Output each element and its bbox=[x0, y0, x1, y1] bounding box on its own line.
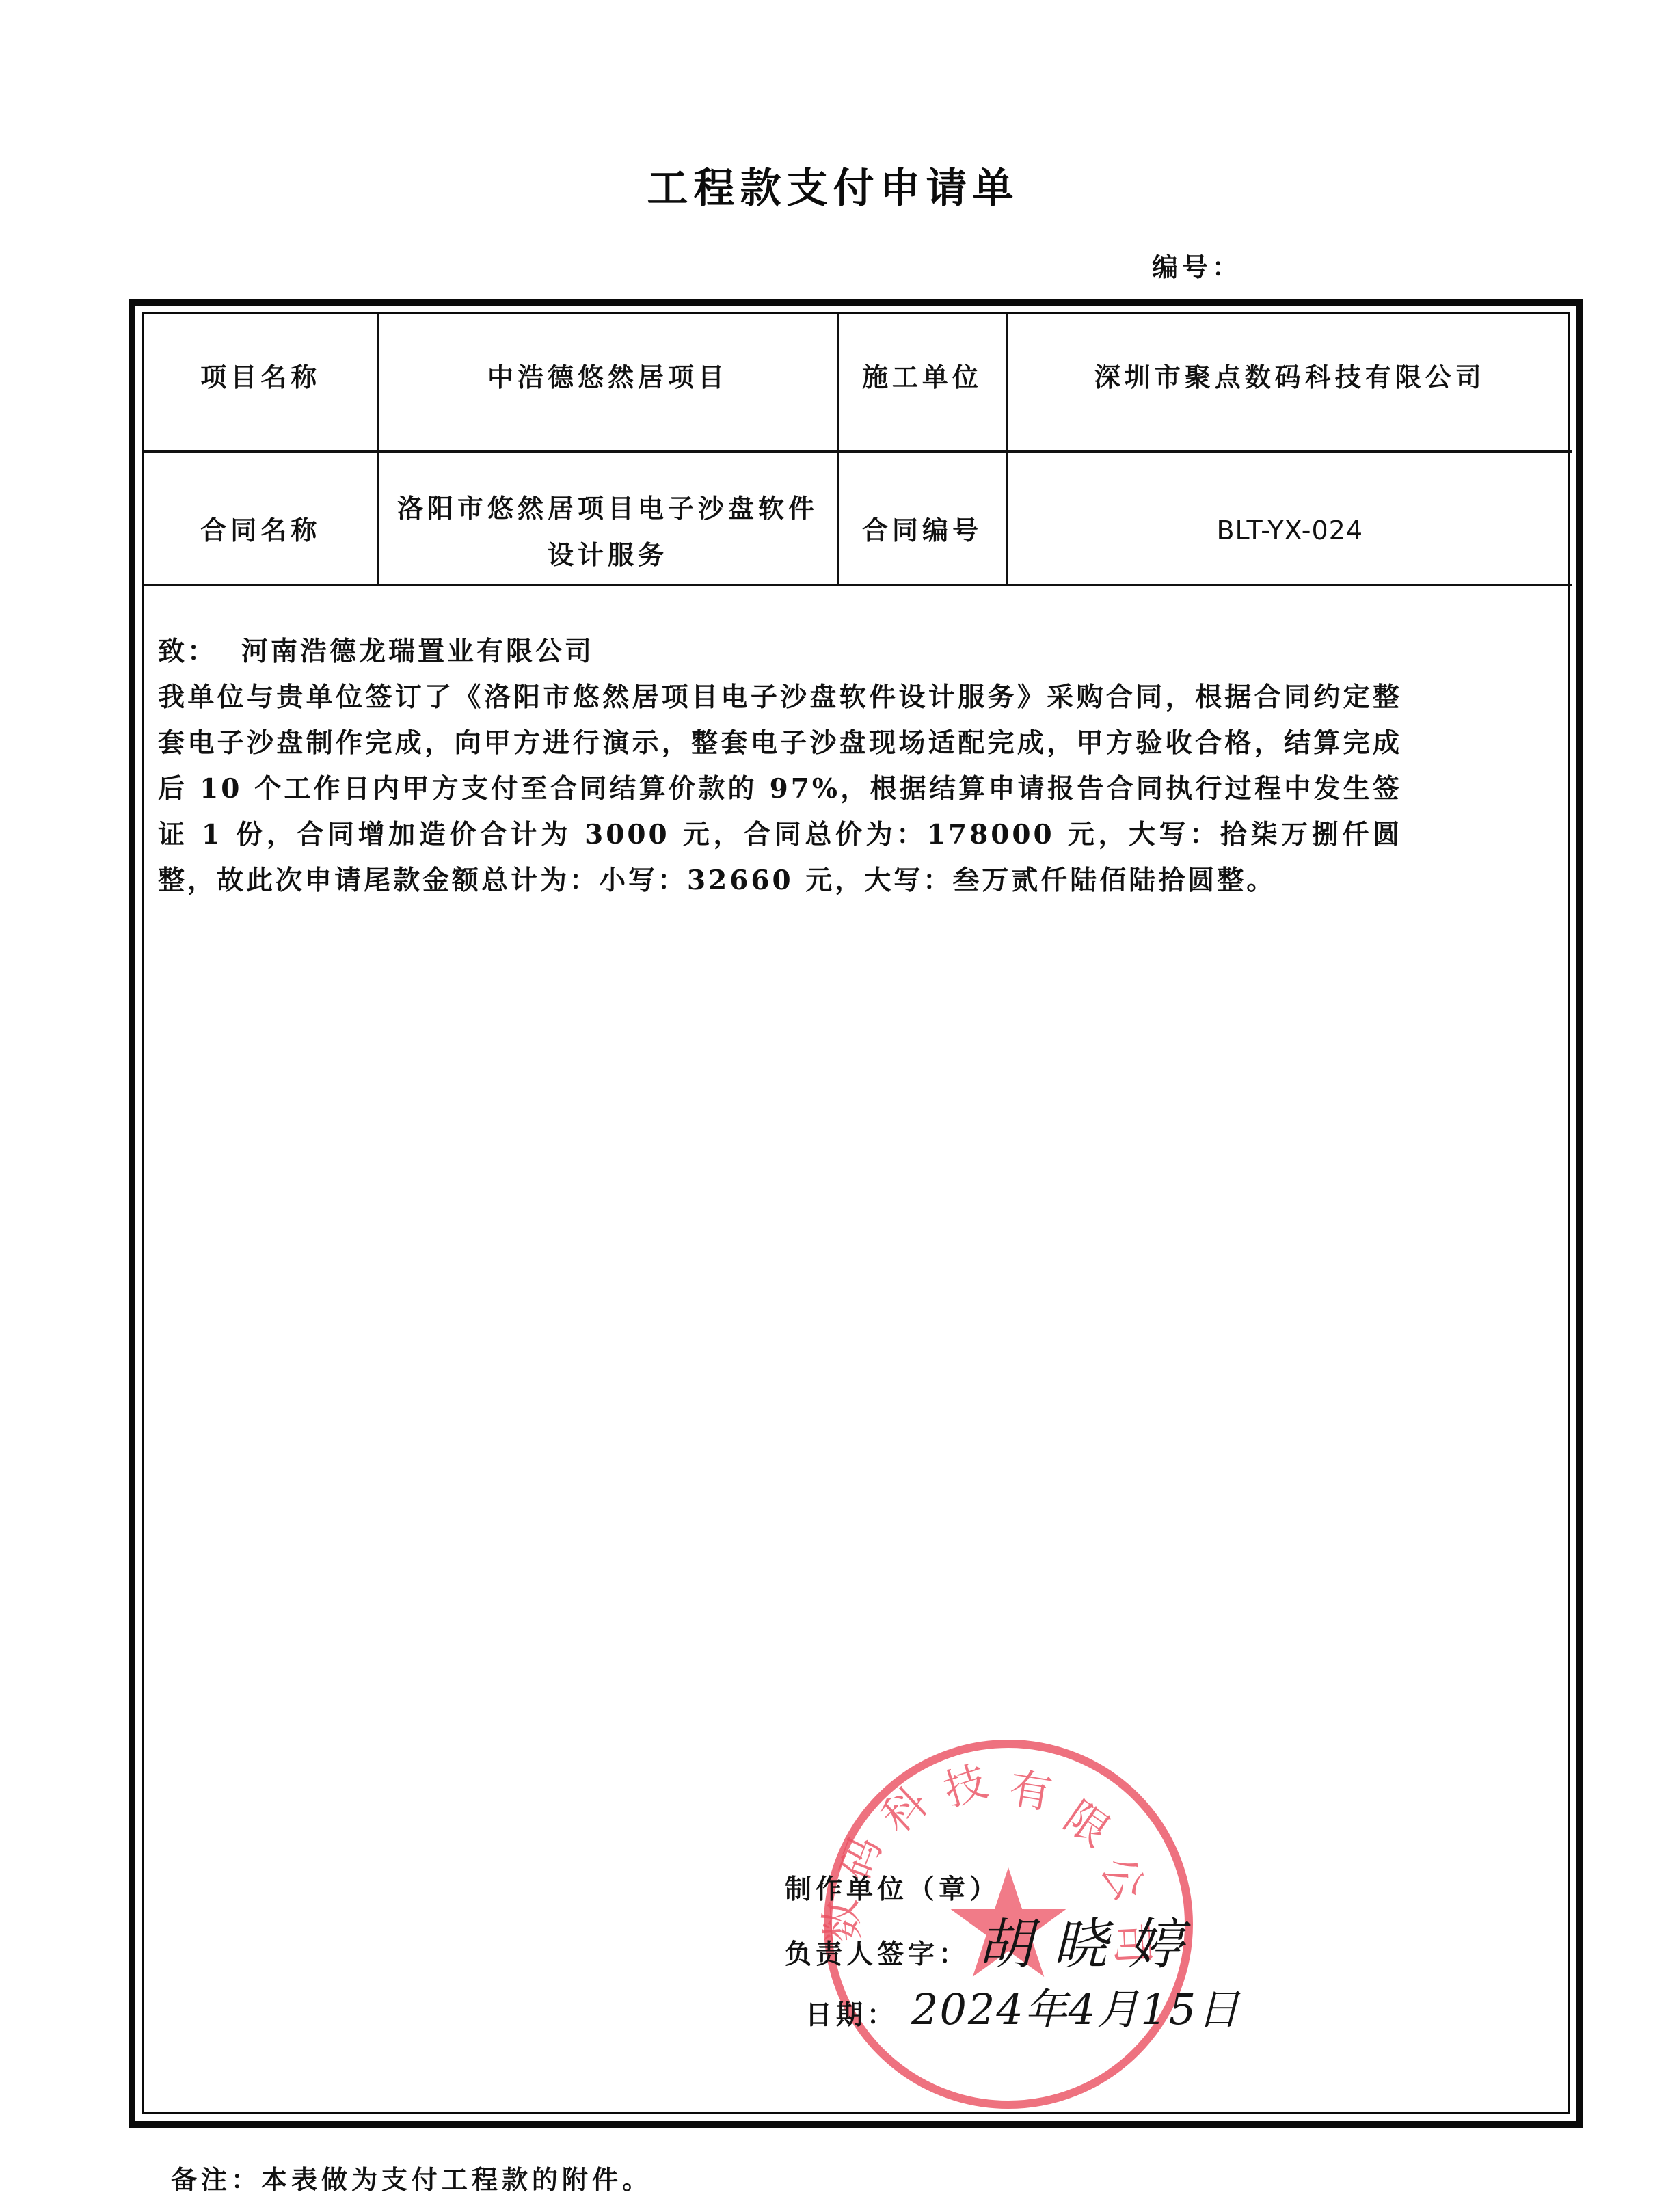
date-label: 日期： bbox=[805, 2000, 898, 2031]
footnote: 备注：本表做为支付工程款的附件。 bbox=[171, 2159, 652, 2196]
info-table: 项目名称 中浩德悠然居项目 施工单位 深圳市聚点数码科技有限公司 合同名称 洛阳… bbox=[144, 314, 1572, 586]
serial-number-label: 编号： bbox=[1152, 246, 1242, 284]
signoff-block: 制作单位（章） 负责人签字：胡晓婷 日期：2024年4月15日 bbox=[785, 1863, 1241, 2043]
addressee-line: 致：河南浩德龙瑞置业有限公司 bbox=[158, 629, 1402, 675]
table-row: 项目名称 中浩德悠然居项目 施工单位 深圳市聚点数码科技有限公司 bbox=[144, 314, 1572, 451]
contract-name-label: 合同名称 bbox=[144, 451, 378, 585]
to-label: 致： bbox=[158, 636, 217, 667]
signer-label: 负责人签字： bbox=[785, 1939, 969, 1970]
request-body: 致：河南浩德龙瑞置业有限公司 我单位与贵单位签订了《洛阳市悠然居项目电子沙盘软件… bbox=[158, 629, 1402, 904]
date-row: 日期：2024年4月15日 bbox=[785, 1982, 1241, 2043]
document-title: 工程款支付申请单 bbox=[0, 156, 1666, 215]
signer-row: 负责人签字：胡晓婷 bbox=[785, 1917, 1241, 1982]
project-name-label: 项目名称 bbox=[144, 314, 378, 451]
signer-signature: 胡晓婷 bbox=[978, 1913, 1203, 1976]
contract-name-value: 洛阳市悠然居项目电子沙盘软件设计服务 bbox=[378, 451, 837, 585]
table-row: 合同名称 洛阳市悠然居项目电子沙盘软件设计服务 合同编号 BLT-YX-024 bbox=[144, 451, 1572, 585]
contractor-value: 深圳市聚点数码科技有限公司 bbox=[1007, 314, 1572, 451]
request-paragraph: 我单位与贵单位签订了《洛阳市悠然居项目电子沙盘软件设计服务》采购合同，根据合同约… bbox=[158, 675, 1402, 904]
addressee-name: 河南浩德龙瑞置业有限公司 bbox=[241, 636, 594, 667]
contractor-label: 施工单位 bbox=[837, 314, 1007, 451]
unit-seal-label: 制作单位（章） bbox=[785, 1863, 1241, 1917]
contract-number-value: BLT-YX-024 bbox=[1007, 451, 1572, 585]
contract-number-label: 合同编号 bbox=[837, 451, 1007, 585]
project-name-value: 中浩德悠然居项目 bbox=[378, 314, 837, 451]
date-value: 2024年4月15日 bbox=[911, 1984, 1241, 2034]
